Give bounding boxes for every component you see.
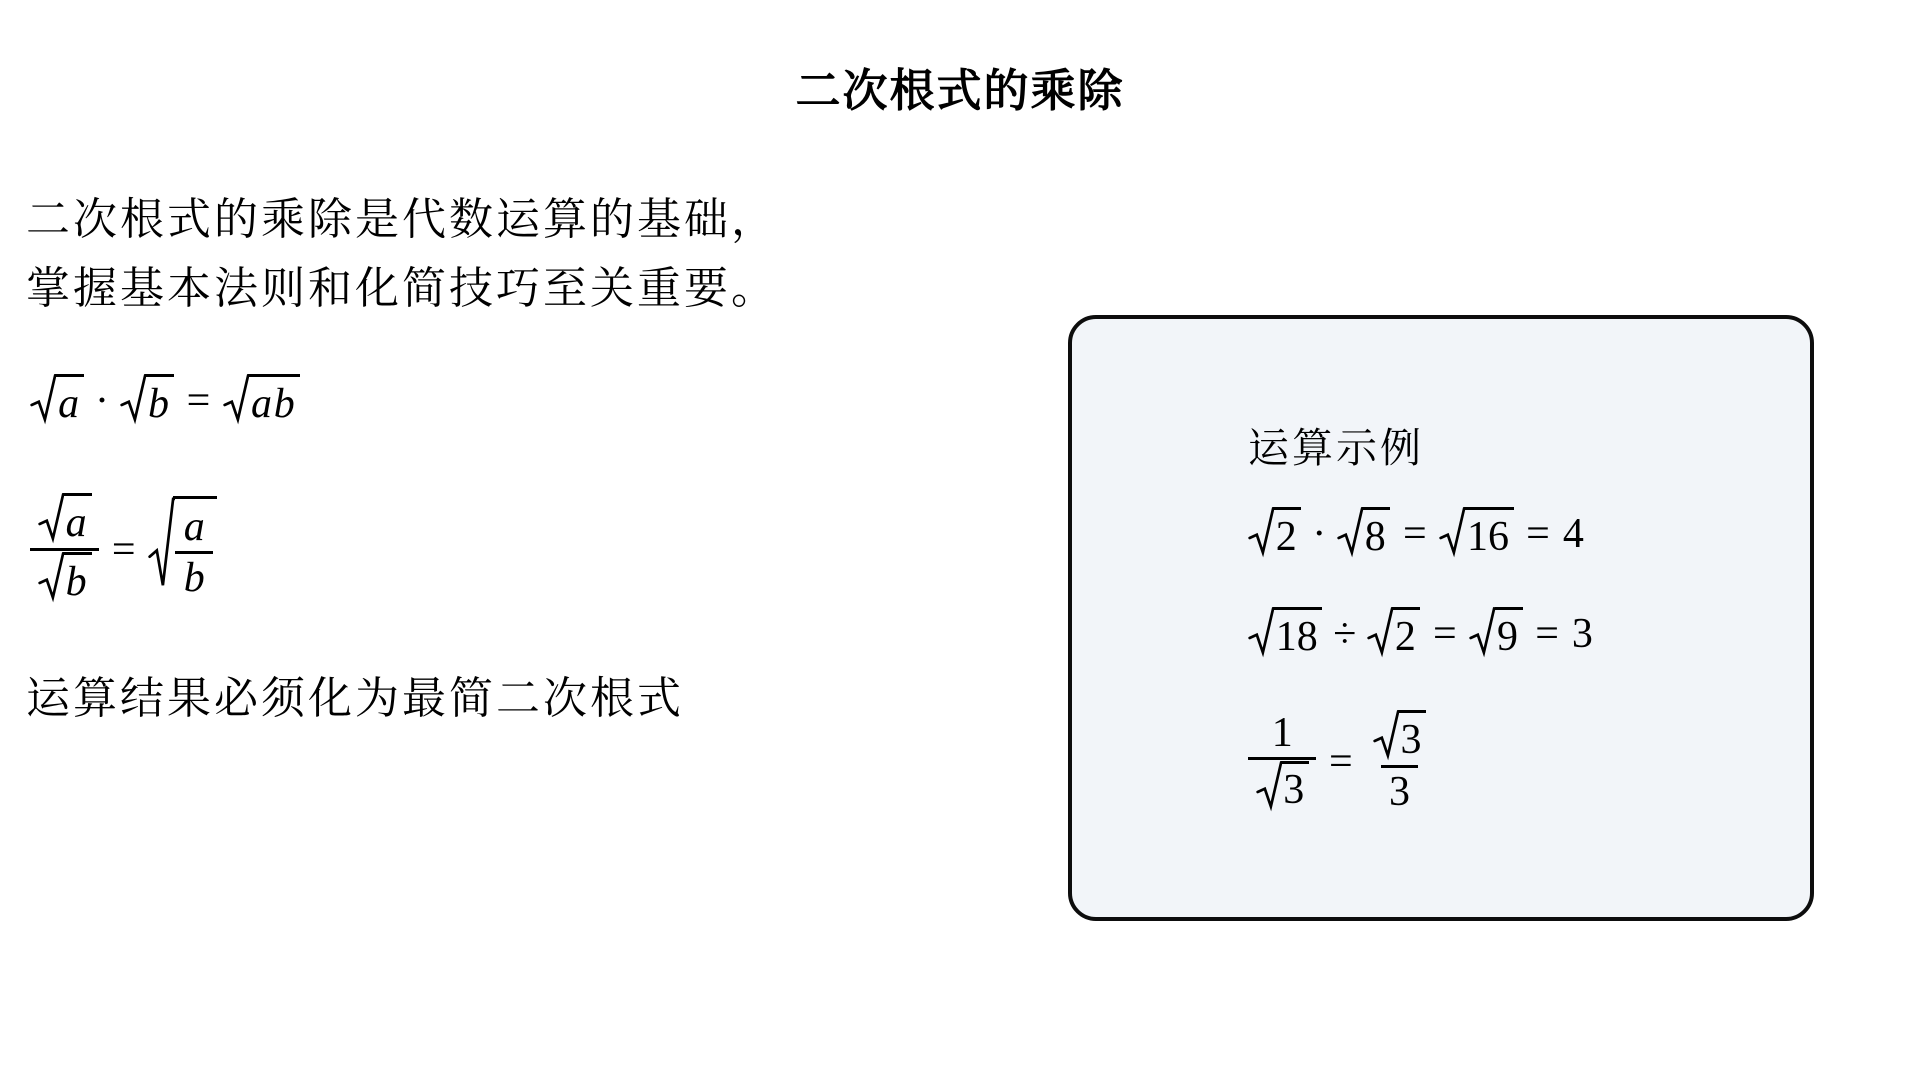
radical-sign-icon	[1337, 507, 1363, 562]
square-root: 3	[1373, 710, 1426, 765]
radicand: 2	[1392, 607, 1420, 662]
example-box-title: 运算示例	[1248, 415, 1424, 474]
radicand: 3	[1281, 761, 1309, 816]
slide-page: { "page": { "title": "二次根式的乘除", "backgro…	[0, 0, 1920, 1080]
math-number: 2	[1275, 514, 1297, 560]
math-relation: =	[1329, 739, 1353, 785]
example-formula-1: 2·8=16=4	[1248, 507, 1584, 562]
square-root: ab	[148, 496, 217, 603]
formula-quotient-rule: ab=ab	[30, 492, 217, 608]
math-number: 4	[1562, 511, 1584, 557]
fraction: ab	[175, 503, 213, 602]
math-number: 3	[1283, 767, 1305, 813]
radicand: 9	[1495, 607, 1523, 662]
math-relation: =	[1403, 511, 1427, 557]
math-relation: =	[187, 378, 211, 424]
square-root: a	[38, 493, 92, 548]
math-number: 3	[1389, 769, 1411, 815]
radicand: ab	[248, 374, 300, 429]
math-operator: ÷	[1333, 611, 1356, 657]
radical-sign-icon	[38, 552, 64, 607]
radical-sign-icon	[1439, 507, 1465, 562]
radicand: b	[145, 374, 174, 429]
example-formula-2: 18÷2=9=3	[1248, 607, 1593, 662]
radical-sign-icon	[1367, 607, 1393, 662]
radicand: 2	[1273, 507, 1301, 562]
square-root: b	[120, 374, 174, 429]
math-variable: a	[183, 504, 206, 550]
numerator: a	[175, 503, 213, 551]
math-operator: ·	[95, 378, 109, 424]
math-number: 2	[1394, 614, 1416, 660]
radical-sign-icon	[148, 496, 174, 603]
math-variable: b	[65, 559, 88, 605]
math-variable: a	[57, 381, 80, 427]
square-root: 2	[1248, 507, 1301, 562]
math-relation: =	[112, 527, 136, 573]
math-variable: b	[273, 381, 296, 427]
numerator: 3	[1365, 709, 1433, 765]
denominator: b	[30, 548, 99, 607]
square-root: 3	[1256, 761, 1309, 816]
math-operator: ·	[1312, 511, 1326, 557]
radical-sign-icon	[1256, 761, 1282, 816]
square-root: ab	[223, 374, 300, 429]
radicand: 18	[1273, 607, 1322, 662]
fraction: 33	[1365, 709, 1433, 816]
formula-product-rule: a·b=ab	[30, 374, 300, 429]
math-variable: a	[65, 500, 88, 546]
square-root: 8	[1337, 507, 1390, 562]
math-number: 18	[1275, 614, 1318, 660]
intro-paragraph: 二次根式的乘除是代数运算的基础， 掌握基本法则和化简技巧至关重要。	[26, 185, 778, 323]
example-box: 运算示例 2·8=16=4 18÷2=9=3 13=33	[1068, 315, 1814, 921]
radicand: ab	[173, 496, 217, 603]
radicand: 8	[1362, 507, 1390, 562]
example-formula-3: 13=33	[1248, 709, 1434, 816]
radical-sign-icon	[1469, 607, 1495, 662]
numerator: 1	[1264, 709, 1301, 757]
math-variable: b	[183, 555, 206, 601]
math-variable: b	[147, 381, 170, 427]
math-number: 9	[1497, 614, 1519, 660]
square-root: 16	[1439, 507, 1513, 562]
intro-line-2: 掌握基本法则和化简技巧至关重要。	[26, 254, 778, 323]
square-root: b	[38, 552, 92, 607]
page-title: 二次根式的乘除	[0, 54, 1920, 119]
math-number: 16	[1467, 514, 1510, 560]
square-root: a	[30, 374, 84, 429]
math-number: 8	[1364, 514, 1386, 560]
radical-sign-icon	[120, 374, 146, 429]
radical-sign-icon	[38, 493, 64, 548]
fraction: 13	[1248, 709, 1316, 816]
radicand: 3	[1398, 710, 1426, 765]
radicand: b	[63, 552, 92, 607]
note-text: 运算结果必须化为最简二次根式	[26, 664, 684, 733]
fraction: ab	[30, 492, 99, 608]
radical-sign-icon	[1248, 607, 1274, 662]
numerator: a	[30, 492, 99, 548]
radical-sign-icon	[30, 374, 56, 429]
math-relation: =	[1433, 611, 1457, 657]
radicand: 16	[1464, 507, 1513, 562]
math-relation: =	[1526, 511, 1550, 557]
radicand: a	[55, 374, 84, 429]
denominator: 3	[1381, 765, 1418, 816]
radical-sign-icon	[1373, 710, 1399, 765]
math-variable: a	[250, 381, 273, 427]
math-number: 3	[1400, 717, 1422, 763]
denominator: b	[175, 551, 213, 602]
intro-line-1: 二次根式的乘除是代数运算的基础，	[26, 185, 778, 254]
square-root: 2	[1367, 607, 1420, 662]
radical-sign-icon	[223, 374, 249, 429]
math-relation: =	[1535, 611, 1559, 657]
square-root: 18	[1248, 607, 1322, 662]
square-root: 9	[1469, 607, 1522, 662]
denominator: 3	[1248, 757, 1316, 816]
radicand: a	[63, 493, 92, 548]
radical-sign-icon	[1248, 507, 1274, 562]
math-number: 1	[1271, 710, 1293, 756]
math-number: 3	[1571, 611, 1593, 657]
